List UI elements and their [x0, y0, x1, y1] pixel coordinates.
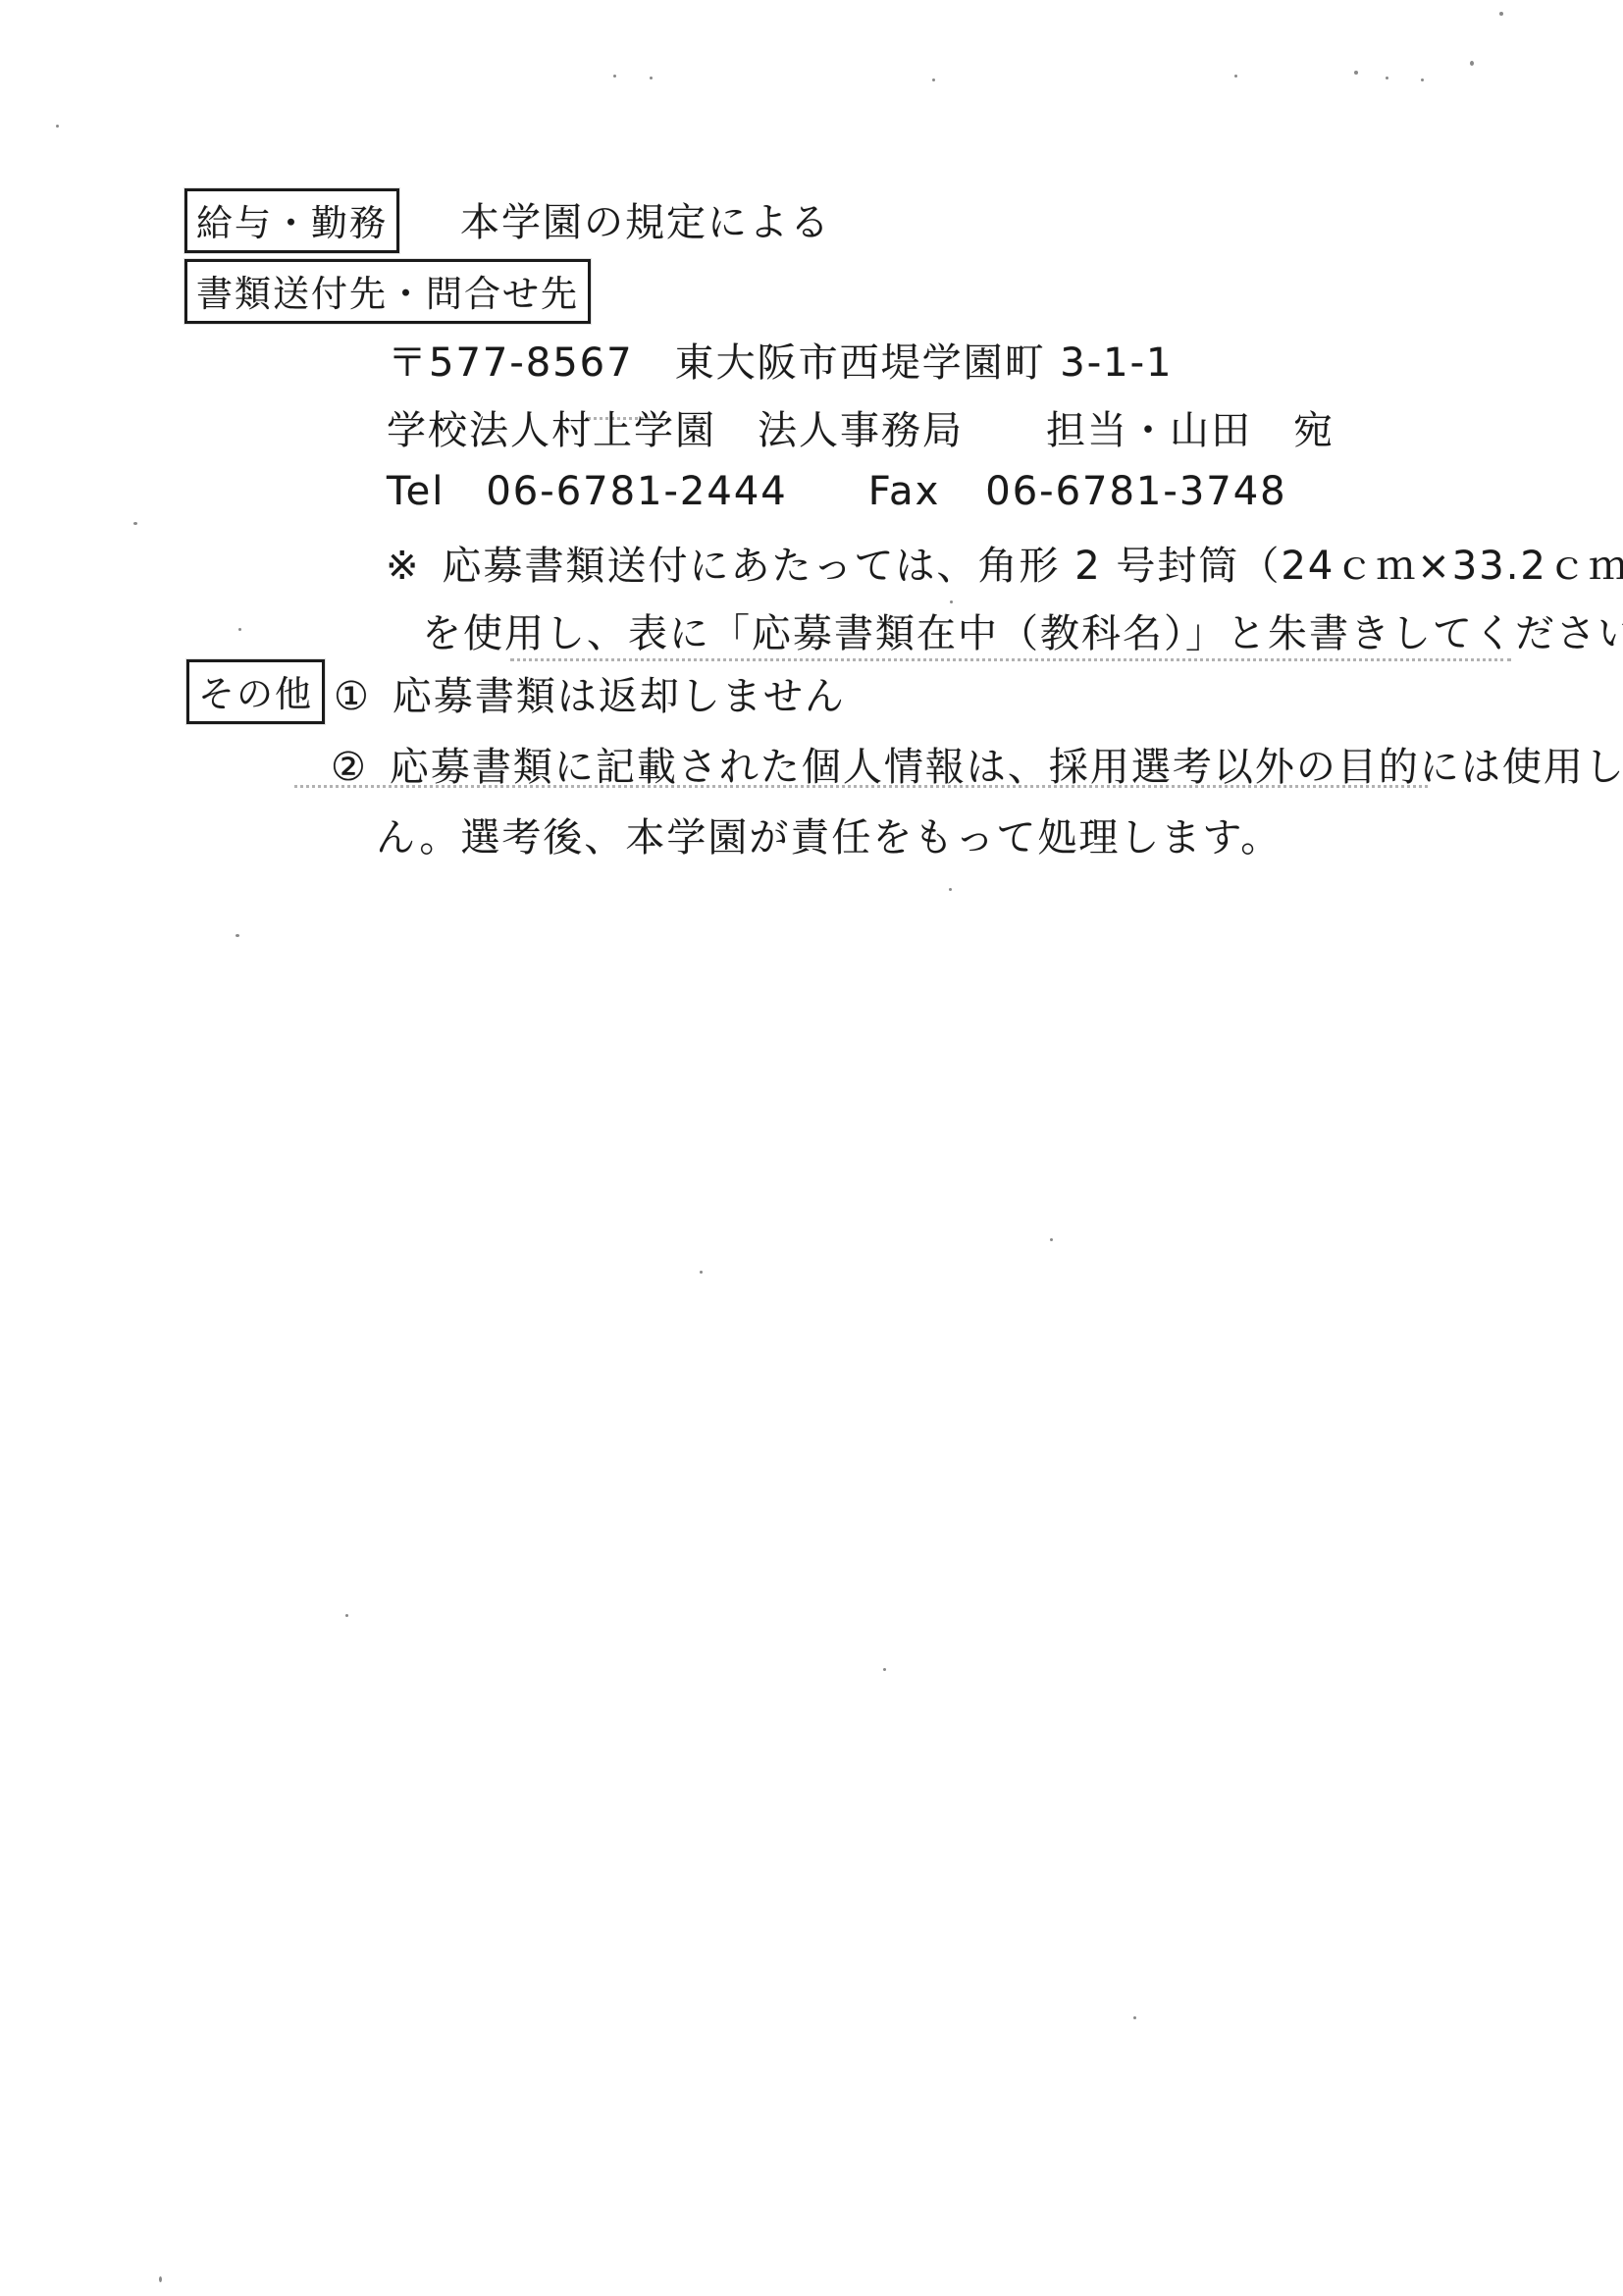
scan-speck	[1386, 77, 1388, 79]
scan-speck	[950, 600, 953, 603]
fax-label: Fax	[868, 469, 941, 514]
scan-speck	[932, 78, 935, 81]
scan-speck	[700, 1271, 703, 1274]
scan-speck	[1470, 61, 1474, 66]
reference-mark-icon: ※	[386, 544, 421, 589]
scan-speck	[56, 125, 59, 128]
other-item1: ①応募書類は返却しません	[334, 665, 846, 721]
salary-value: 本学園の規定による	[460, 200, 831, 245]
other-item2-line1: ②応募書類に記載された個人情報は、採用選考以外の目的には使用しませ	[331, 736, 1623, 792]
postal-address-line: 〒577-8567 東大阪市西堤学園町 3-1-1	[388, 332, 1174, 388]
envelope-note-line1: ※応募書類送付にあたっては、角形 2 号封筒（24ｃｍ×33.2ｃｍ）	[386, 535, 1623, 591]
scan-artifact	[587, 417, 657, 420]
other-item1-text: 応募書類は返却しません	[393, 674, 846, 719]
fax-number: 06-6781-3748	[985, 469, 1286, 514]
circled-one-icon: ①	[334, 674, 371, 719]
scan-speck	[159, 2276, 162, 2282]
organization-line: 学校法人村上学園 法人事務局 担当・山田 宛	[387, 399, 1335, 455]
contact-row: 書類送付先・問合せ先	[184, 259, 591, 324]
contact-section-label: 書類送付先・問合せ先	[184, 259, 591, 324]
scan-speck	[236, 934, 239, 937]
scan-speck	[1050, 1238, 1053, 1241]
scan-speck	[1234, 75, 1237, 78]
scan-speck	[1421, 78, 1424, 81]
circled-two-icon: ②	[331, 745, 368, 790]
salary-section-label: 給与・勤務	[184, 188, 399, 253]
other-item2-line2: ん。選考後、本学園が責任をもって処理します。	[376, 807, 1282, 862]
scan-artifact	[510, 658, 1511, 661]
other-item2-text1: 応募書類に記載された個人情報は、採用選考以外の目的には使用しませ	[390, 745, 1623, 790]
phone-fax-line: Tel06-6781-2444Fax06-6781-3748	[387, 469, 1287, 514]
scan-speck	[883, 1668, 886, 1671]
scan-speck	[650, 77, 653, 79]
scan-artifact	[294, 785, 1428, 788]
scan-speck	[1133, 2016, 1136, 2019]
envelope-note-line2: を使用し、表に「応募書類在中（教科名）」と朱書きしてください	[422, 602, 1623, 658]
salary-row: 給与・勤務本学園の規定による	[184, 188, 831, 253]
tel-number: 06-6781-2444	[486, 469, 787, 514]
other-section-label: その他	[186, 659, 325, 724]
tel-label: Tel	[387, 469, 445, 514]
scanned-document-page: 給与・勤務本学園の規定による 書類送付先・問合せ先 〒577-8567 東大阪市…	[0, 0, 1623, 2296]
scan-speck	[345, 1614, 348, 1617]
scan-speck	[238, 628, 241, 631]
envelope-note-text1: 応募書類送付にあたっては、角形 2 号封筒（24ｃｍ×33.2ｃｍ）	[443, 544, 1623, 589]
scan-speck	[949, 888, 952, 891]
scan-speck	[1499, 12, 1503, 16]
scan-speck	[133, 522, 137, 525]
scan-speck	[1354, 71, 1358, 75]
other-row: その他	[186, 659, 325, 724]
scan-speck	[613, 75, 616, 78]
